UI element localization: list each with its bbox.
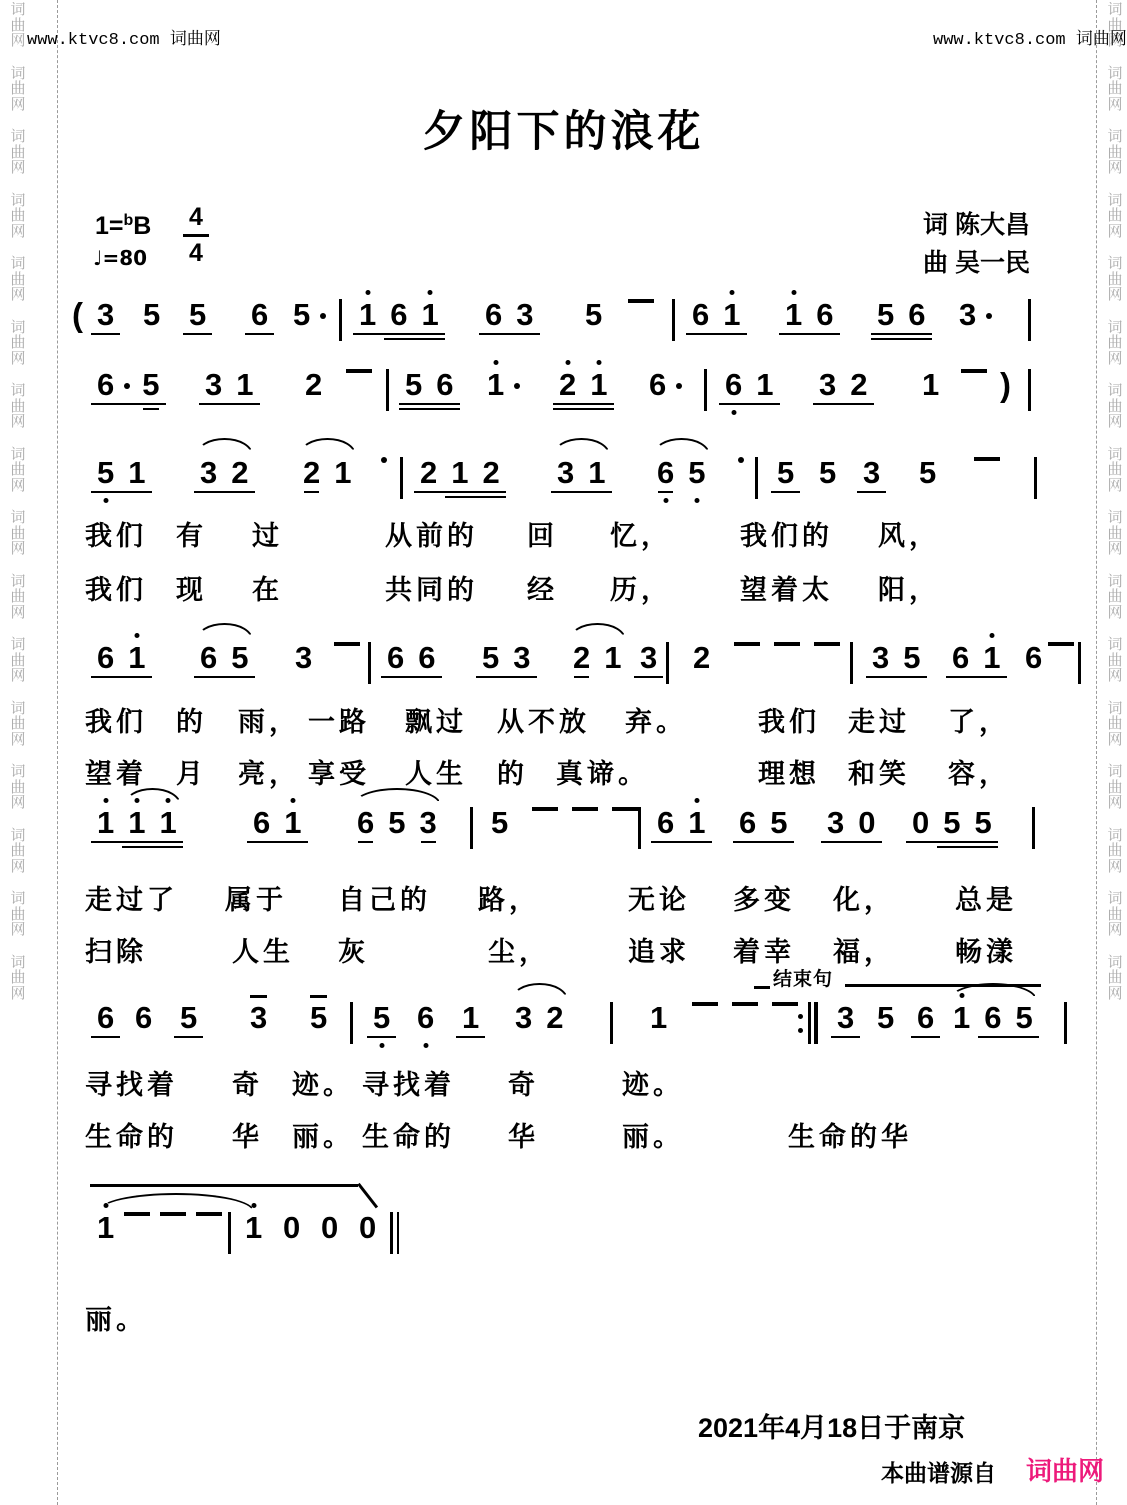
lyric-segment: 生命的 [362,1115,455,1154]
duration-dash [160,1212,186,1216]
beam-line [553,408,614,411]
note-group: 5 [912,457,943,489]
note-group [955,369,993,386]
note: 6 [917,1002,934,1034]
beam-line [871,333,932,336]
note-group [337,299,344,336]
beam-line [813,403,874,406]
slur-arc [299,438,356,455]
note-group: 1 [643,1002,674,1034]
note-group: 61 [246,807,309,839]
duration-dash [1048,642,1074,646]
note-group: 212 [413,457,507,489]
beam-line [143,408,158,411]
note-group [735,457,749,475]
note: 1 [245,1212,262,1244]
lyrics-row: 望着月亮，享受人生的真谛。理想和笑容， [0,752,1127,786]
beam-line [733,841,794,844]
lyric-segment: 风， [878,514,940,553]
beam-line [719,403,780,406]
note: 6 [436,369,453,401]
low-octave-dot [423,1043,428,1048]
beam-line [779,333,840,336]
note: 1 [128,642,145,674]
note-group [670,299,677,336]
note-group: 11 [121,807,184,839]
note: 6 [97,369,114,401]
lyric-segment: 属于 [225,878,287,917]
note-group: 5 [303,1002,334,1034]
beam-line [445,496,506,499]
lyric-segment: 丽。 [292,1115,354,1154]
note-group: 6 [90,1002,121,1034]
note-group: 16 [778,299,841,331]
note: 6 [649,369,666,401]
note-group: 0 [314,1212,345,1244]
lyric-segment: 我们 [758,700,820,739]
duration-dash [532,807,558,811]
lyric-segment: 自己的 [338,878,431,917]
note: 1 [588,457,605,489]
note-group [1030,807,1037,844]
barline [1032,807,1035,849]
note: 6 [739,807,756,839]
note: 6 [251,299,268,331]
note-group [664,642,671,679]
barline [755,457,758,499]
high-octave-dot [365,290,370,295]
note: 6 [657,807,674,839]
beam-line [174,1036,203,1039]
note: 5 [293,299,310,331]
note-group: 65 [977,1002,1040,1034]
lyric-segment: 福， [833,930,895,969]
composition-date: 2021年4月18日于南京 [698,1406,965,1445]
note-group [848,642,855,679]
beam-line [247,841,308,844]
note-group [622,299,660,316]
beam-line [456,1036,485,1039]
note-group [686,1002,724,1019]
beam-line [245,333,274,336]
note-group: 61 [90,642,153,674]
note: 3 [837,1002,854,1034]
note: 3 [863,457,880,489]
lyric-segment: 寻找着 [85,1063,178,1102]
lyric-segment: 寻找着 [362,1063,455,1102]
high-octave-dot [428,290,433,295]
beam-line [553,403,614,406]
barline [610,1002,613,1044]
note-group [608,1002,615,1039]
note-group [768,642,806,659]
note: 6 [97,1002,114,1034]
lyric-segment: 理想 [758,752,820,791]
note: 1 [97,1212,114,1244]
note-group: 6 [642,369,687,401]
note: 1 [487,369,504,401]
note: 1 [128,807,145,839]
lyric-segment: 迹。 [292,1063,354,1102]
note-group [702,369,709,406]
note: 2 [693,642,710,674]
beam-line [911,1036,940,1039]
note: 5 [373,1002,390,1034]
note-group: 35 [865,642,928,674]
note: 5 [97,457,114,489]
lyric-segment: 无论 [628,878,690,917]
beam-line [399,408,460,411]
lyric-segment: 的 [176,700,207,739]
note-group: 111 [90,807,184,839]
dot [798,1028,803,1033]
lyric-segment: 走过 [848,700,910,739]
beam-line [634,676,663,679]
barline [386,369,389,411]
beam-line [91,676,152,679]
note-group [636,807,643,844]
note: 6 [485,299,502,331]
repeat-barline [798,1002,818,1044]
note-group: 1 [480,369,525,401]
duration-dash [732,1002,758,1006]
note-group: 32 [508,1002,571,1034]
note-group [798,1002,818,1039]
augmentation-dot [381,457,387,463]
beam-line [857,491,886,494]
note-group [468,807,475,844]
lyric-segment: 在 [252,568,283,607]
note: 3 [97,299,114,331]
lyric-segment: 化， [833,878,895,917]
barline [470,807,473,849]
note: 6 [417,1002,434,1034]
note-group [728,642,766,659]
lyric-segment: 阳， [878,568,940,607]
note: 3 [827,807,844,839]
note-group [526,807,564,824]
duration-dash [334,642,360,646]
barline [1078,642,1081,684]
lyrics-row: 扫除人生灰尘，追求着幸福，畅漾 [0,930,1127,964]
low-octave-dot [663,498,668,503]
note-group: 3 [856,457,887,489]
notation-line: (355651616356116563 [0,299,1127,331]
note-group: 3 [90,299,121,331]
note-group: 5 [136,299,167,331]
beam-line [122,846,183,849]
note: 6 [253,807,270,839]
note-group: 32 [812,369,875,401]
lyric-segment: 生命的华 [788,1115,912,1154]
barline [1028,369,1031,411]
lyric-segment: 丽。 [622,1115,684,1154]
note: 5 [388,807,405,839]
high-octave-dot [791,290,796,295]
beam-line [91,403,166,406]
note: 6 [657,457,674,489]
note: 1 [451,457,468,489]
note-group [1026,369,1033,406]
barline [339,299,342,341]
barline [400,457,403,499]
duration-dash [124,1212,150,1216]
note: 2 [231,457,248,489]
note: 5 [491,807,508,839]
notation-line: 66535561321356165 [0,1002,1127,1034]
repeat-dots [798,1014,803,1033]
lyric-segment: 望着太 [740,568,833,607]
notation-line: 616536653213235616 [0,642,1127,674]
note-group: 3 [952,299,997,331]
beam-line [937,846,998,849]
lyric-segment: 忆， [610,514,672,553]
slur-arc [511,983,568,1000]
lyric-segment: 过 [252,514,283,553]
lyric-segment: 望着 [85,752,147,791]
lyric-segment: 一路 [308,700,370,739]
lyric-segment: 容， [948,752,1010,791]
high-octave-dot [694,798,699,803]
note-group: 3 [830,1002,861,1034]
note: 1 [359,299,376,331]
augmentation-dot [124,383,130,389]
note: 2 [559,369,576,401]
note: 5 [585,299,602,331]
note: 6 [692,299,709,331]
beam-line [479,333,540,336]
note-group [1062,1002,1069,1039]
bar [397,1212,400,1254]
duration-dash [961,369,987,373]
note-group: 30 [820,807,883,839]
note: 5 [142,369,159,401]
beam-line [199,403,260,406]
note-group [118,1212,156,1229]
lyric-segment: 我们的 [740,514,833,553]
high-octave-dot [290,798,295,803]
note-group: 56 [870,299,933,331]
duration-dash [692,1002,718,1006]
note: 3 [515,1002,532,1034]
ending-bracket-line [90,1184,358,1187]
note: 5 [819,457,836,489]
note: 3 [420,807,437,839]
note: 6 [725,369,742,401]
beam-line [384,338,445,341]
note-group: 61 [945,642,1008,674]
beam-line [399,403,460,406]
notation-line: 11000 [0,1212,1127,1244]
beam-line [906,841,998,844]
lyric-segment: 丽。 [85,1298,147,1337]
note-group: 5 [812,457,843,489]
lyrics-row: 寻找着奇迹。寻找着奇迹。 [0,1063,1127,1097]
beam-line [304,491,319,494]
beam-line [183,333,212,336]
beam-line [353,333,445,336]
note-group: 161 [352,299,446,331]
note-group [328,642,366,659]
note: 2 [420,457,437,489]
note-group: 165 [946,1002,1040,1034]
high-octave-dot [103,798,108,803]
lyric-segment: 亮， [238,752,300,791]
duration-dash [196,1212,222,1216]
lyric-segment: 奇 [508,1063,539,1102]
note-group [808,642,846,659]
note-group: 6 [244,299,275,331]
final-barline [390,1212,399,1254]
note: 1 [422,299,439,331]
duration-dash [346,369,372,373]
note: 0 [283,1212,300,1244]
lyric-segment: 扫除 [85,930,147,969]
note-group [1032,457,1039,494]
note-group [154,1212,192,1229]
note: 1 [723,299,740,331]
low-octave-dot [731,410,736,415]
duration-dash [572,807,598,811]
note-group: 65 [732,807,795,839]
note: 6 [952,642,969,674]
note: 2 [546,1002,563,1034]
duration-dash [814,642,840,646]
note-group [1042,642,1080,659]
lyric-segment: 人生 [232,930,294,969]
note: 1 [334,457,351,489]
beam-line [574,676,589,679]
note-group: 66 [380,642,443,674]
lyric-segment: 了， [948,700,1010,739]
duration-dash [734,642,760,646]
note: 1 [604,642,621,674]
lyrics-row: 我们现在共同的经历，望着太阳， [0,568,1127,602]
barline [666,642,669,684]
lyric-segment: 华 [508,1115,539,1154]
note-group: 61 [383,299,446,331]
lyric-segment: 我们 [85,514,147,553]
note-group: 12 [444,457,507,489]
note: 6 [816,299,833,331]
high-octave-dot [565,360,570,365]
beam-line [551,491,612,494]
notation-line: 111616535616530055 [0,807,1127,839]
beam-line [367,1036,396,1039]
overline [250,995,267,998]
lyric-segment: 华 [232,1115,263,1154]
note-group [366,642,373,679]
note: 1 [688,807,705,839]
note: 2 [573,642,590,674]
barline [228,1212,231,1254]
note: 6 [908,299,925,331]
lyric-segment: 享受 [308,752,370,791]
lyric-segment: 和笑 [848,752,910,791]
note: 5 [943,807,960,839]
high-octave-dot [729,290,734,295]
note: 1 [160,807,177,839]
beam-line [421,841,436,844]
barline [1028,299,1031,341]
beam-line [194,676,255,679]
beam-line [771,491,800,494]
lyric-segment: 人生 [405,752,467,791]
note-group: 3 [633,642,664,674]
lyrics-row: 走过了属于自己的路，无论多变化，总是 [0,878,1127,912]
note: 5 [482,642,499,674]
high-octave-dot [134,633,139,638]
beam-line [414,491,506,494]
barline [1064,1002,1067,1044]
note: 5 [1016,1002,1033,1034]
beam-line [866,676,927,679]
lyrics-row: 我们有过从前的回忆，我们的风， [0,514,1127,548]
sheet-music-page: { "watermarks": { "top_left": "www.ktvc8… [0,0,1127,1505]
note: 2 [483,457,500,489]
note: 5 [180,1002,197,1034]
score: (3556516163561165636531256121661321)5132… [0,0,1127,1505]
beam-line [978,1036,1039,1039]
note-group: 5 [173,1002,204,1034]
note: 2 [305,369,322,401]
source-note: 本曲谱源自 [881,1455,996,1488]
note-group: 5 [484,807,515,839]
lyric-segment: 我们 [85,568,147,607]
note: 6 [135,1002,152,1034]
note: 3 [640,642,657,674]
slur-arc [196,623,253,640]
note-group: 31 [198,369,261,401]
note-group [378,457,392,475]
note: 5 [975,807,992,839]
augmentation-dot [320,313,326,319]
note-group: ( [70,299,85,331]
note: 5 [919,457,936,489]
note-group: 5 [182,299,213,331]
dot [798,1014,803,1019]
note: 5 [688,457,705,489]
lyric-segment: 真谛。 [556,752,649,791]
note: 6 [418,642,435,674]
duration-dash [974,457,1000,461]
low-octave-dot [103,498,108,503]
note: 3 [516,299,533,331]
beam-line [821,841,882,844]
note: 0 [359,1212,376,1244]
note: 3 [250,1002,267,1034]
note: 0 [321,1212,338,1244]
note-group [226,1212,233,1249]
high-octave-dot [596,360,601,365]
beam-line [91,491,152,494]
barline [704,369,707,411]
note-group [1026,299,1033,336]
note: 3 [205,369,222,401]
thin-bar [808,1002,811,1044]
note-group [1076,642,1083,679]
note: 1 [128,457,145,489]
note: 6 [1025,642,1042,674]
note: 0 [858,807,875,839]
note: 1 [97,807,114,839]
lyric-segment: 走过了 [85,878,178,917]
notation-line: 51322121231655535 [0,457,1127,489]
lyric-segment: 迹。 [622,1063,684,1102]
beam-line [946,676,1007,679]
note: 3 [513,642,530,674]
augmentation-dot [676,383,682,389]
